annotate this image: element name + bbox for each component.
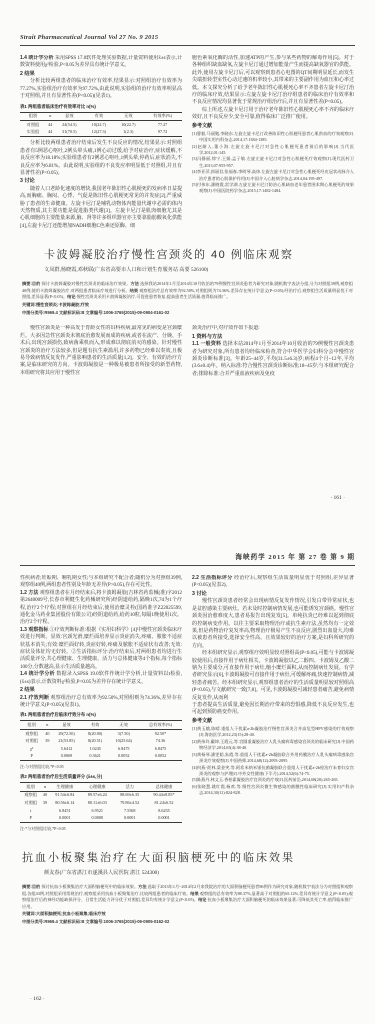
stats-analysis-paragraph: 1.4 统计学分析 采用SPSS 17.0软件处理实验数据,计量资料使用x̄±s… <box>20 55 182 70</box>
table-cell: 0.0001 <box>49 815 81 823</box>
section-1-4-label-2: 1.4 统计学分析 <box>20 671 55 677</box>
discussion-right-paragraph: 胞色素氧化酶的活性,加速ATP的产生,参与某些药物的解毒作用[5]。对于各种组织… <box>192 55 354 107</box>
table-cell: 0.0000 <box>81 815 113 823</box>
abstract-paragraph-3: 摘要:目的 探讨抗血小板聚集治疗大面积脑梗死中的临床效果。方法 选取于2013年… <box>22 884 353 910</box>
table-row: P0.00690.36210.00520.0052 <box>20 753 182 761</box>
section-1-1-label: 1.1 一般资料 <box>192 341 221 347</box>
life-index-paragraph: 2.2 生活指标评分 经治疗后,观察组生活质量明显优于对照组,差异显著(P<0.… <box>192 575 354 590</box>
reference-item: [3]黄杨琴,潘雯韬,朱霞,等.重组人干扰素a-2b凝胶联合外用药膜治疗人乳头瘤… <box>192 752 354 764</box>
section-2-2-label: 2.2 生活指标评分 <box>192 575 233 581</box>
article3-abstract: 摘要:目的 探讨抗血小板聚集治疗大面积脑梗死中的临床效果。方法 选取于2013年… <box>20 884 355 925</box>
reference-item: [4]李亚萍,郭丽君,张福春,李明琴,高炜.左旋左旋卡尼汀对急性心肌梗死经皮冠状… <box>192 169 354 181</box>
abstract3-objective-label: 摘要:目的 <box>22 884 40 889</box>
table-cell: 44 <box>46 121 55 129</box>
table-header-cell: 显效 <box>55 112 85 121</box>
table-cell: 0.0001 <box>113 815 145 823</box>
references-heading: 参考文献 <box>192 122 354 131</box>
article3-keywords: 关键词:大面积脑梗死;抗血小板聚集;临床疗效 <box>22 911 353 917</box>
table-cell: 10(25.64) <box>108 738 139 746</box>
table-row: t6.84516.95217.55688.6235 <box>20 807 182 815</box>
table-row: 对照组3980.56±6.1480.11±6.0379.86±4.5281.24… <box>20 800 182 808</box>
table-header-cell: 组别 <box>20 721 43 730</box>
article2-classification: 中图分类号:R969.4 文献标识码:B 文章编号:1006-3765(2015… <box>22 310 353 316</box>
article3-authors: 颜友春(广东省湛江市遂溪县人民医院 湛江 524300) <box>20 869 355 878</box>
table-cell: 6.8475 <box>108 745 139 753</box>
table-cell: 92.50* <box>139 730 182 738</box>
observation-index-paragraph: 1.3 观察指标 ①疗效判断标准:根据《实用妇科学》[4]中慢性宫颈炎临床疗效进… <box>20 627 182 671</box>
table-cell: 3(7.50) <box>108 730 139 738</box>
reference-item: [5]付伟东,潘晓霞,雷学湖.左旋左旋卡尼汀防治心肌缺血老年患者围术期心肌梗死的… <box>192 182 354 194</box>
table2-note: 注:*与对照组比较,*P<0.05 <box>20 826 182 832</box>
article1-reference-list: [1]曹毅,马丽勉,李晓东.左旋左旋卡尼汀改善陈旧性心肌梗死患者心肌供血的疗效观… <box>192 131 354 195</box>
table-header-cell: 无效 <box>108 721 139 730</box>
table-cell: 7.5568 <box>113 807 145 815</box>
reference-item: [3]冯静丽,徐宁,王娟,孟子敏.左旋左旋卡尼汀对急性心肌梗死疗效观察[J].现… <box>192 156 354 168</box>
table-cell: 80.56±6.14 <box>49 800 81 808</box>
table-cell: 8(20.00) <box>82 730 109 738</box>
table-cell: 31(70.5) <box>55 129 85 137</box>
reference-item: [6]张晓慧,姚红霞,杨欢,等.慢性宫颈炎微生物感染的菌膜性临床研究[J].实用… <box>192 784 354 796</box>
article2-cont-left-column: 性疾病者;妊娠期、哺乳期女性;与本组研究不配合者;随机分为对照组39例,观察组4… <box>20 575 182 835</box>
abstract3-objective-text: 探讨抗血小板聚集治疗大面积脑梗死中的临床效果。 <box>40 884 138 889</box>
table-cell: 0.0052 <box>139 753 182 761</box>
section-3-heading-2: 3 讨论 <box>192 590 354 599</box>
table-cell: 79.86±4.52 <box>113 800 145 808</box>
journal-header-cn: 海峡药学 2015 年 第 27 卷 第 9 期 <box>20 515 355 561</box>
table-cell: 12(27.3) <box>84 129 114 137</box>
section-2-heading: 2 结果 <box>20 70 182 79</box>
table-cell: 8.6235 <box>146 807 182 815</box>
table-row: 对照组4424(54.5)10(22.7)10(22.7)77.27 <box>20 121 182 129</box>
table-cell: 29(72.50) <box>51 730 82 738</box>
table-header-cell: 总有效率(%) <box>139 721 182 730</box>
abstract-objective-text: 探讨卡波姆凝胶对慢性宫颈炎的临床治疗效果。 <box>40 281 130 286</box>
header-rule <box>20 45 355 46</box>
table-cell: 0.0069 <box>51 753 82 761</box>
article3-classification: 中图分类号:R969.4 文献标识码:B 文章编号:1006-3765(2015… <box>22 919 353 925</box>
table-cell: 21(53.85) <box>51 738 82 746</box>
table-header-cell: 生理健康 <box>49 783 81 792</box>
table2-caption: 表2 两组患者治疗后生活质量评分 (x̄±s,分) <box>20 773 182 781</box>
article2-intro-continuation: 颈炎治疗中,对疗效作如下报道: <box>192 325 354 332</box>
article2-cont-columns: 性疾病者;妊娠期、哺乳期女性;与本组研究不配合者;随机分为对照组39例,观察组4… <box>20 575 355 835</box>
stats-paragraph: 1.4 统计学分析 数据录入SPSS 19.0软件作统计学分析,计量资料以t检验… <box>20 671 182 686</box>
table-cell: 39 <box>43 738 51 746</box>
general-data-paragraph: 1.1 一般资料 选择本站2014年1月至2014年10月收治的79例慢性宫颈炎… <box>192 341 354 378</box>
table-cell: t <box>20 807 41 815</box>
table-header-cell: 无效 <box>114 112 144 121</box>
abstract3-conclusion-label: 结论 <box>198 897 206 902</box>
article2-title: 卡波姆凝胶治疗慢性宫颈炎的 40 例临床观察 <box>20 246 355 262</box>
abstract-results-label: 结果 <box>130 288 138 293</box>
table-row: 观察组4029(72.50)8(20.00)3(7.50)92.50* <box>20 730 182 738</box>
section-1-4-label: 1.4 统计学分析 <box>20 55 54 61</box>
discussion-paragraph-3: 于患者提高生活质量,避免因长期治疗带来的恐惧感,降低不良反应发生,也可起到预防癌… <box>192 702 354 717</box>
table-cell: 91.54±6.84 <box>49 791 81 799</box>
methods-paragraph: 1.2 方法 观察组患者在月经结束后,将卡波姆凝胶(吉林省药监械(准)字2012… <box>20 590 182 627</box>
abstract-objective-label: 摘要:目的 <box>22 281 40 286</box>
table-cell: 97.72 <box>143 129 182 137</box>
article2-keywords: 关键词:慢性宫颈炎;卡波姆凝胶;疗效 <box>22 302 353 308</box>
quality-of-life-table: 组别n生理健康心理健康活力总体健康观察组4091.54±6.8489.57±6.… <box>20 782 182 823</box>
table-cell: P <box>20 753 43 761</box>
table-cell: 0.0001 <box>146 815 182 823</box>
table-cell: 1.0245 <box>82 745 109 753</box>
article1-right-column: 胞色素氧化酶的活性,加速ATP的产生,参与某些药物的解毒作用[5]。对于各种组织… <box>192 55 354 230</box>
table-cell: 80.11±6.03 <box>81 800 113 808</box>
table-cell: 39 <box>41 800 48 808</box>
table-cell: 81.24±6.52 <box>146 800 182 808</box>
references-heading-2: 参考文献 <box>192 717 354 726</box>
article2-right-column: 颈炎治疗中,对疗效作如下报道: 1 资料与方法 1.1 一般资料 选择本站201… <box>192 325 354 378</box>
table-cell: 观察组 <box>20 791 41 799</box>
table-cell: 0.0052 <box>108 753 139 761</box>
table-cell: χ² <box>20 745 43 753</box>
table-header-cell: 活力 <box>113 783 145 792</box>
abstract-paragraph: 摘要:目的 探讨卡波姆凝胶对慢性宫颈炎的临床治疗效果。方法 选择我站2014年1… <box>22 281 353 300</box>
table-cell: 5.6412 <box>51 745 82 753</box>
table-cell <box>41 807 48 815</box>
reference-item: [2]赵耐入,董小海.左旋左旋卡尼汀对急性心肌梗死患者预后的影响[J].当代医学… <box>192 144 354 156</box>
table-cell: 对照组 <box>20 121 46 129</box>
page-number-161: · 161 · <box>330 495 345 501</box>
table-cell: 10(22.7) <box>84 121 114 129</box>
discussion-paragraph-1: 慢性宫颈炎患者经常会出现病情反复发作情况,引发白带异常症状,也是盆腔感染主要病灶… <box>192 598 354 650</box>
table-cell: 对照组 <box>20 800 41 808</box>
table-header-cell: 心理健康 <box>81 783 113 792</box>
article2-authors: 文凤群,杨晓霞,邓秋联(广东省高要市人口和计划生育服务站 高要 526100) <box>20 266 355 275</box>
abstract3-results-label: 结果 <box>190 891 198 896</box>
results-paragraph: 分析比较两组患者的临床治疗有效率,结果显示:对照组治疗有效率为77.27%,实验… <box>20 78 182 100</box>
table-cell <box>43 745 51 753</box>
table-cell: 44 <box>46 129 55 137</box>
table-cell: 8(20.51) <box>82 738 109 746</box>
table-header-cell: n <box>43 721 51 730</box>
table-cell <box>41 815 48 823</box>
article2-reference-list: [1]黄玉娥,陈晴.重组人干扰素a-2b凝胶治疗慢性宫颈炎合并高危型HPV感染的… <box>192 726 354 797</box>
section-1-1-text: 选择本站2014年1月至2014年10月收治的79例慢性宫颈炎患者为研究对象,所… <box>192 342 354 377</box>
table-cell: 对照组 <box>20 738 43 746</box>
efficacy-table: 组别n显效有效无效有效率(%)对照组4424(54.5)10(22.7)10(2… <box>20 112 182 138</box>
article3-title: 抗血小板聚集治疗在大面积脑梗死中的临床效果 <box>20 849 355 865</box>
table-header-cell: n <box>41 783 48 792</box>
table-cell: 1(2.3) <box>114 129 144 137</box>
table-row: P0.00010.00000.00010.0001 <box>20 815 182 823</box>
clinical-efficacy-table: 组别n显效有效无效总有效率(%)观察组4029(72.50)8(20.00)3(… <box>20 720 182 761</box>
journal-page-2: 海峡药学 2015 年 第 27 卷 第 9 期 性疾病者;妊娠期、哺乳期女性;… <box>0 515 375 1024</box>
table-header-cell: 总体健康 <box>146 783 182 792</box>
page-number-162: · 162 · <box>30 996 45 1002</box>
table-cell: P <box>20 815 41 823</box>
section-1-3-label: 1.3 观察指标 <box>20 627 48 633</box>
conclusion-paragraph: 综上所述,左旋卡尼汀用于治疗老年陈旧性心肌梗死心率不齐的临床疗效好,且不良反应少… <box>192 107 354 122</box>
table-cell <box>43 753 51 761</box>
discussion-paragraph-2: 经本组研究显示,观察组疗效明显较对照组高(P<0.05),可能与卡波姆凝胶使用后… <box>192 650 354 702</box>
table-row: 观察组4091.54±6.8489.57±6.2488.69±6.3590.44… <box>20 791 182 799</box>
table-row: χ²5.64121.02456.84756.8475 <box>20 745 182 753</box>
reference-item: [1]黄玉娥,陈晴.重组人干扰素a-2b凝胶治疗慢性宫颈炎合并高危型HPV感染的… <box>192 726 354 738</box>
table1-caption: 表1 两组患者临床治疗有效率对比 n(%) <box>20 103 182 111</box>
article2-abstract: 摘要:目的 探讨卡波姆凝胶对慢性宫颈炎的临床治疗效果。方法 选择我站2014年1… <box>20 281 355 316</box>
table-row: 实验组4431(70.5)12(27.3)1(2.3)97.72 <box>20 129 182 137</box>
abstract-conclusion-text: 慢性宫颈炎采用卡波姆凝胶治疗,可促进患者恢复,提高患者生活质量,值得临床推广。 <box>76 294 231 299</box>
inclusion-continuation-paragraph: 性疾病者;妊娠期、哺乳期女性;与本组研究不配合者;随机分为对照组39例,观察组4… <box>20 575 182 590</box>
section-1-heading: 1 资料与方法 <box>192 333 354 342</box>
table-header-cell: n <box>46 112 55 121</box>
table1-caption-2: 表1 两组患者治疗后临床疗效分布 n(%) <box>20 711 182 719</box>
journal-header-en: Strait Pharmaceutical Journal Vol 27 No.… <box>20 0 355 41</box>
table-header-cell: 组别 <box>20 112 46 121</box>
adverse-reactions-paragraph: 分析比较两组患者治疗结束后发生不良反应的情况,结果显示:对照组患者有5例恶心呕吐… <box>20 140 182 177</box>
section-3-heading: 3 讨论 <box>20 177 182 186</box>
table-cell: 24(54.5) <box>55 121 85 129</box>
reference-item: [5]陈燕丹,林文玉.香柏素凝胶治疗宫颈炎的疗效[J].医药前沿,2014,68… <box>192 777 354 783</box>
table-header-cell: 有效 <box>84 112 114 121</box>
section-1-2-label: 1.2 方法 <box>20 590 38 596</box>
efficacy-judgement-paragraph: 2.1 疗效判断 观察组治疗总有效率为92.50%,对照组则为74.36%,差异… <box>20 695 182 710</box>
reference-item: [1]曹毅,马丽勉,李晓东.左旋左旋卡尼汀改善陈旧性心肌梗死患者心肌供血的疗效观… <box>192 131 354 143</box>
abstract-conclusion-label: 结论 <box>67 294 75 299</box>
table-cell: 40 <box>41 791 48 799</box>
table-cell: 6.8451 <box>49 807 81 815</box>
table-cell: 0.3621 <box>82 753 109 761</box>
table-cell: 6.8475 <box>139 745 182 753</box>
table-cell: 6.9521 <box>81 807 113 815</box>
article2-cont-right-column: 2.2 生活指标评分 经治疗后,观察组生活质量明显优于对照组,差异显著(P<0.… <box>192 575 354 835</box>
section-1-2-text: 观察组患者在月经结束后,将卡波姆凝胶(吉林省药监械(准)字2012第264000… <box>20 591 182 626</box>
table1-note: 注:与对照组比较,*P<0.05 <box>20 764 182 770</box>
table-row: 对照组3921(53.85)8(20.51)10(25.64)74.36 <box>20 738 182 746</box>
article1-left-column: 1.4 统计学分析 采用SPSS 17.0软件处理实验数据,计量资料使用x̄±s… <box>20 55 182 230</box>
reference-item: [2]黄伟玲,戴坤,王霞元,等.宫圆重凝胶治疗人乳头瘤病毒感染宫颈炎的临床研究[… <box>192 739 354 751</box>
abstract3-methods-label: 方法 <box>138 884 146 889</box>
table-cell: 10(22.7) <box>114 121 144 129</box>
section-2-1-label: 2.1 疗效判断 <box>20 695 49 701</box>
table-cell: 90.44±8.85* <box>146 791 182 799</box>
article2-columns: 慢性宫颈炎是一种高发于育龄女性的妇科疾病,最常见的病变是宫颈糜烂。大多因急性宫颈… <box>20 325 355 378</box>
abstract-methods-label: 方法 <box>130 281 138 286</box>
table-header-cell: 有效 <box>82 721 109 730</box>
table-cell: 74.36 <box>139 738 182 746</box>
discussion-left-paragraph: 随着人口老龄化速度的增快,我国老年陈旧性心肌梗死的发病率日益提高,而胸痛、胸闷、… <box>20 186 182 230</box>
table-cell: 观察组 <box>20 730 43 738</box>
header-rule-2 <box>20 565 355 566</box>
table-header-cell: 组别 <box>20 783 41 792</box>
table-cell: 实验组 <box>20 129 46 137</box>
table-cell: 89.57±6.24 <box>81 791 113 799</box>
section-2-heading-2: 2 结果 <box>20 686 182 695</box>
table-cell: 77.27 <box>143 121 182 129</box>
article1-columns: 1.4 统计学分析 采用SPSS 17.0软件处理实验数据,计量资料使用x̄±s… <box>20 55 355 230</box>
article2-left-column: 慢性宫颈炎是一种高发于育龄女性的妇科疾病,最常见的病变是宫颈糜烂。大多因急性宫颈… <box>20 325 182 378</box>
table-cell: 88.69±6.35 <box>113 791 145 799</box>
table-header-cell: 显效 <box>51 721 82 730</box>
table-cell: 40 <box>43 730 51 738</box>
section-1-3-text: ①疗效判断标准:根据《实用妇科学》[4]中慢性宫颈炎临床疗效进行判断。显效:宫颈… <box>20 628 182 670</box>
reference-item: [4]何燕-贾林,梁金笑,等.阿希米纳米银抗菌凝胶联合重组人干扰素a-2b栓治疗… <box>192 765 354 777</box>
journal-page-1: Strait Pharmaceutical Journal Vol 27 No.… <box>0 0 375 515</box>
article2-intro-paragraph: 慢性宫颈炎是一种高发于育龄女性的妇科疾病,最常见的病变是宫颈糜烂。大多因急性宫颈… <box>20 325 182 377</box>
table-header-cell: 有效率(%) <box>143 112 182 121</box>
